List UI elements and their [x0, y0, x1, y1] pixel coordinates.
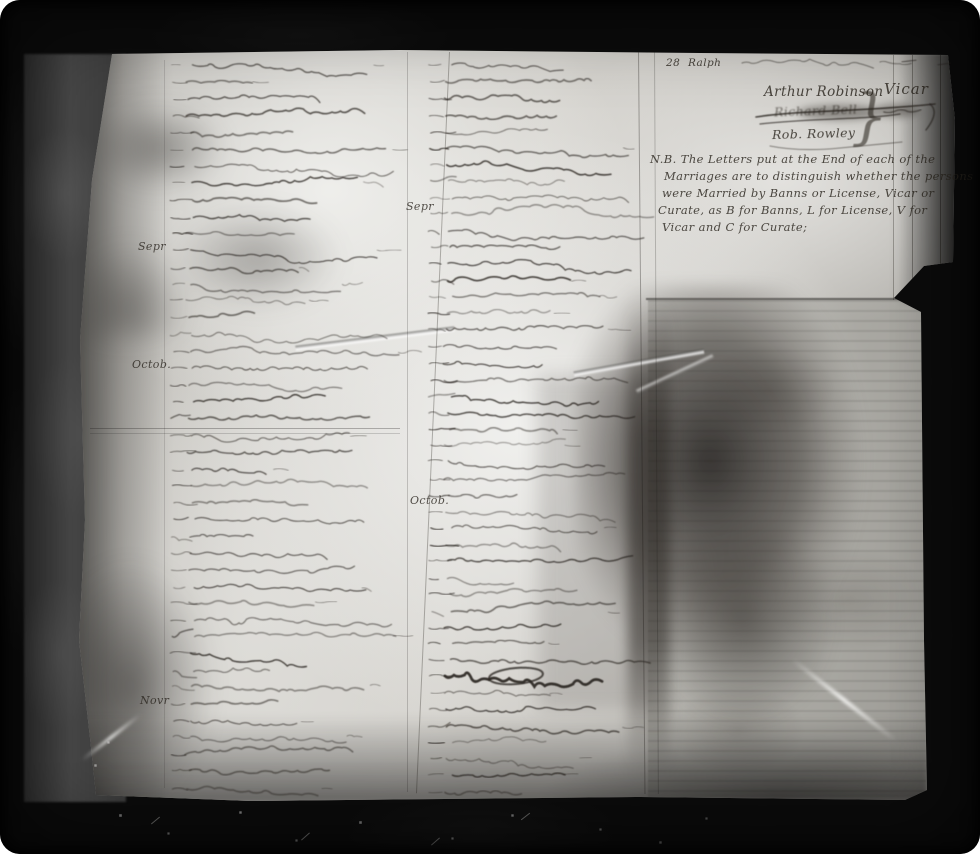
column-rule: [164, 60, 165, 788]
large-ink-stain: [575, 285, 875, 725]
column-rule: [912, 55, 913, 300]
parchment-sheet: [0, 0, 980, 854]
dust-speckles: [0, 0, 1, 1]
column-rule: [407, 52, 408, 792]
bottom-shadow: [78, 715, 930, 805]
horizontal-rule: [90, 433, 400, 434]
manuscript-photograph: Arthur Robinson Vicar Richard Bell Rob. …: [0, 0, 980, 854]
stain-tendril: [628, 300, 670, 775]
horizontal-rule: [90, 428, 400, 429]
column-rule: [416, 52, 450, 793]
column-rule: [893, 55, 894, 300]
column-rule: [940, 55, 941, 295]
